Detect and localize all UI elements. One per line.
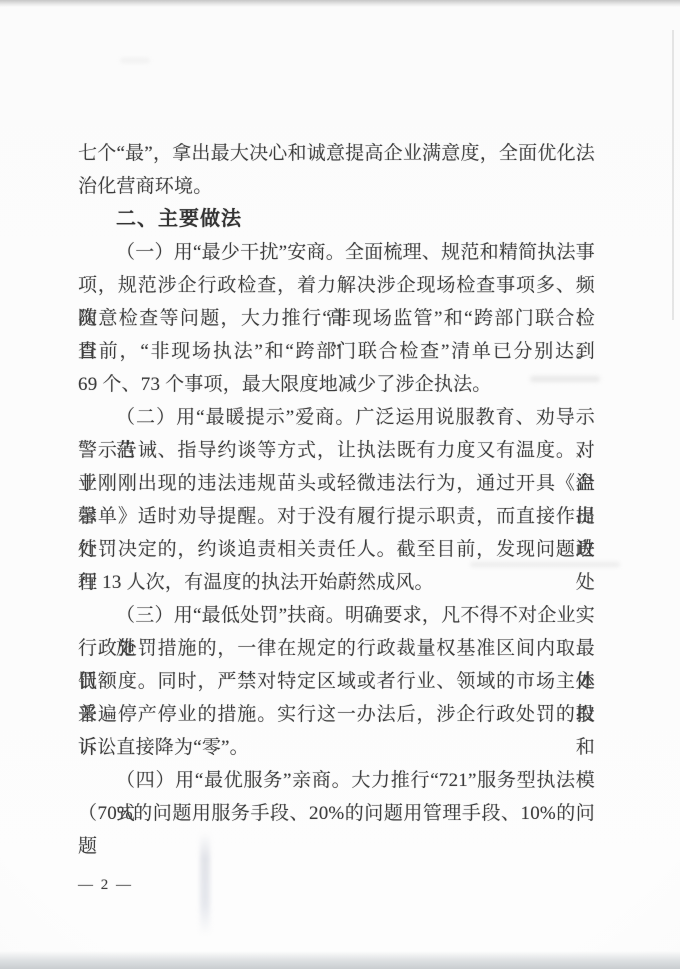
scanned-document-page: 七个“最”，拿出最大决心和诚意提高企业满意度，全面优化法 治化营商环境。 二、主…	[0, 0, 680, 969]
text-line: 七个“最”，拿出最大决心和诚意提高企业满意度，全面优化法	[78, 137, 595, 170]
text-line: （一）用“最少干扰”安商。全面梳理、规范和精简执法事	[78, 236, 595, 269]
scan-edge-top	[0, 0, 680, 7]
text-line: 治化营商环境。	[78, 170, 595, 203]
scan-smudge	[120, 58, 150, 63]
text-line: 示单》适时劝导提醒。对于没有履行提示职责，而直接作出行政	[78, 500, 595, 533]
text-line: （70%的问题用服务手段、20%的问题用管理手段、10%的问题	[78, 797, 595, 830]
text-line: 警示告诫、指导约谈等方式，让执法既有力度又有温度。对于企	[78, 434, 595, 467]
text-line: 普遍停产停业的措施。实行这一办法后，涉企行政处罚的投诉和	[78, 698, 595, 731]
text-line: 业刚刚出现的违法违规苗头或轻微违法行为，通过开具《温馨提	[78, 467, 595, 500]
scan-edge-right	[672, 30, 674, 320]
text-line: （三）用“最低处罚”扶商。明确要求，凡不得不对企业实施	[78, 599, 595, 632]
text-line: 随意检查等问题，大力推行“非现场监管”和“跨部门联合检查”。	[78, 302, 595, 335]
text-line: 处罚决定的，约谈追责相关责任人。截至目前，发现问题进行处	[78, 533, 595, 566]
text-line: （二）用“最暖提示”爱商。广泛运用说服教育、劝导示范、	[78, 401, 595, 434]
text-line: 罚额度。同时，严禁对特定区域或者行业、领域的市场主体采取	[78, 665, 595, 698]
scan-edge-bottom	[0, 951, 680, 969]
text-line: （四）用“最优服务”亲商。大力推行“721”服务型执法模式	[78, 764, 595, 797]
text-line: 69 个、73 个事项，最大限度地减少了涉企执法。	[78, 368, 595, 401]
text-line: 行政处罚措施的，一律在规定的行政裁量权基准区间内取最低处	[78, 632, 595, 665]
section-heading: 二、主要做法	[78, 203, 595, 236]
scan-crease	[200, 833, 210, 935]
text-line: 项，规范涉企行政检查，着力解决涉企现场检查事项多、频次高、	[78, 269, 595, 302]
text-line: 目前，“非现场执法”和“跨部门联合检查”清单已分别达到	[78, 335, 595, 368]
document-body: 七个“最”，拿出最大决心和诚意提高企业满意度，全面优化法 治化营商环境。 二、主…	[78, 137, 595, 830]
page-number: — 2 —	[78, 877, 133, 894]
